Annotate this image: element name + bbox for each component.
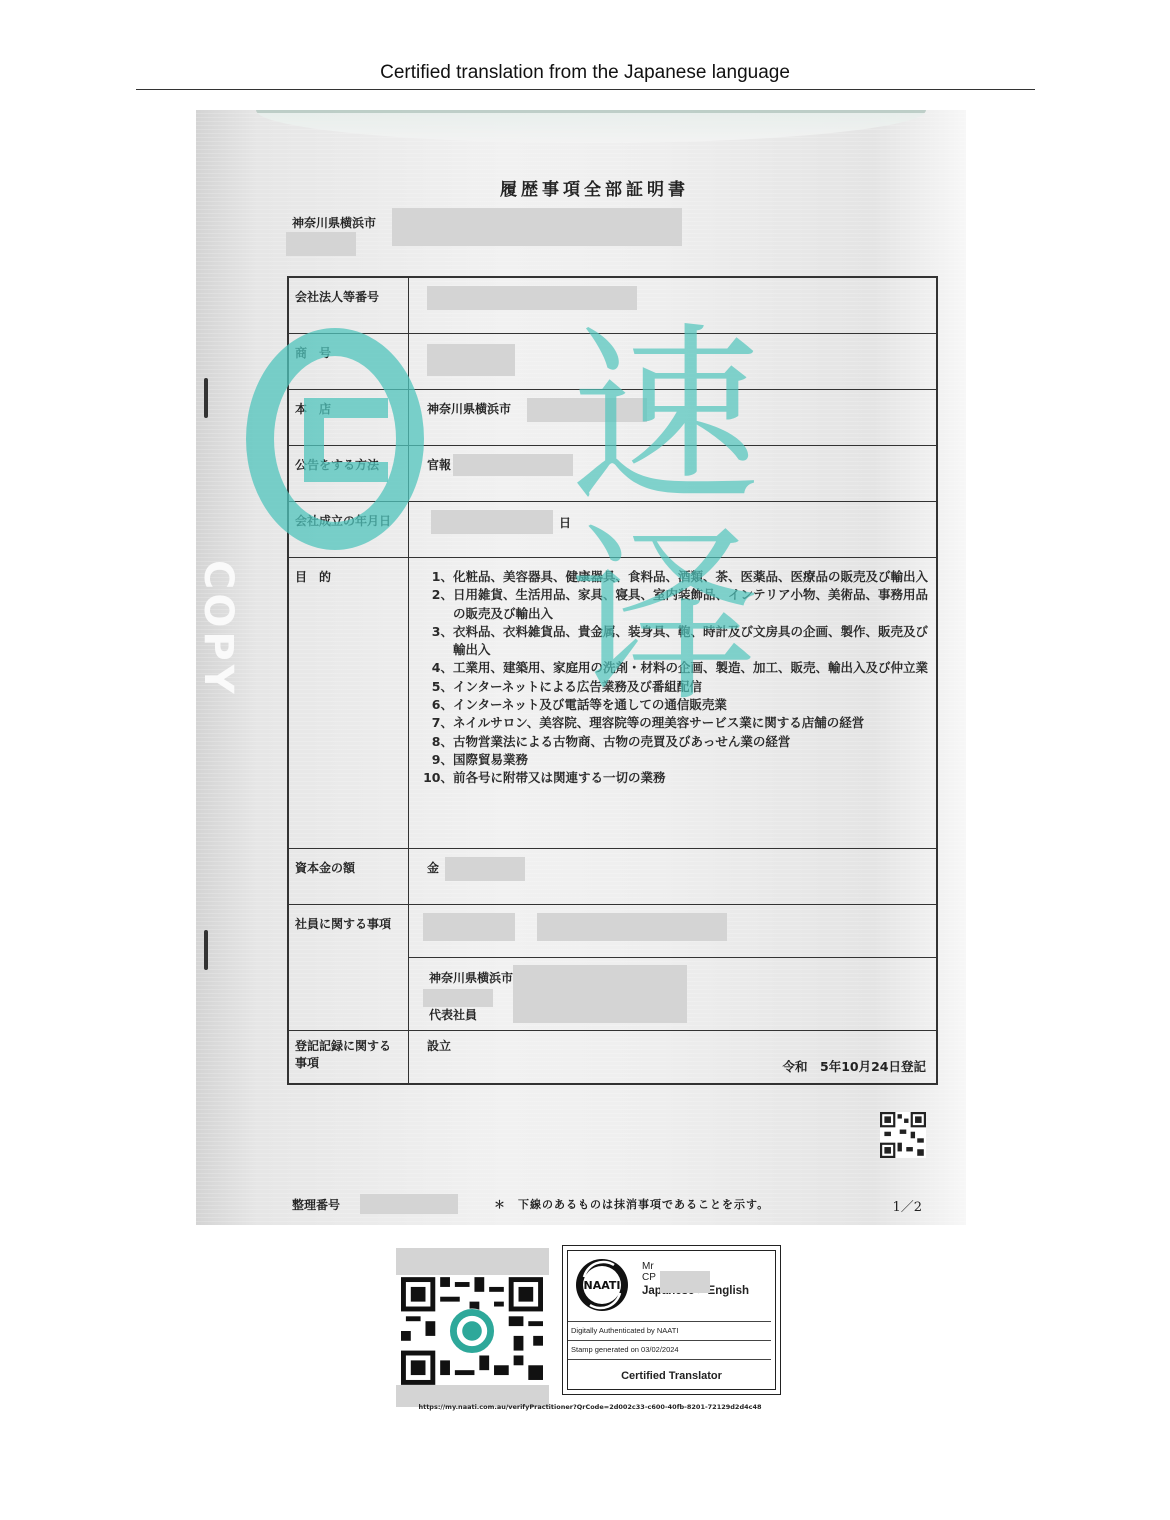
purpose-number: 1、 <box>413 568 453 586</box>
row-corporate-number: 会社法人等番号 <box>289 278 936 333</box>
document-title: 履歴事項全部証明書 <box>500 175 689 200</box>
purpose-item: 3、衣料品、衣料雑貨品、貴金属、装身具、鞄、時計及び文房具の企画、製作、販売及び… <box>409 623 928 660</box>
purpose-text: 工業用、建築用、家庭用の洗剤・材料の企画、製造、加工、販売、輸出入及び仲立業 <box>453 660 928 675</box>
registered-date: 令和 5年10月24日登記 <box>783 1057 927 1075</box>
purpose-number: 3、 <box>413 623 453 641</box>
redaction <box>392 208 682 246</box>
member-address: 神奈川県横浜市 <box>429 969 513 986</box>
redaction <box>360 1194 458 1214</box>
established-date-suffix: 日 <box>559 514 571 531</box>
copy-stamp: COPY <box>198 560 242 698</box>
reference-number-label: 整理番号 <box>292 1198 340 1212</box>
purpose-text: ネイルサロン、美容院、理容院等の理美容サービス業に関する店舗の経営 <box>453 715 864 730</box>
purpose-text: 国際貿易業務 <box>453 752 528 767</box>
translation-header: Certified translation from the Japanese … <box>0 62 1170 84</box>
purpose-number: 9、 <box>413 751 453 769</box>
redaction <box>453 454 573 476</box>
certificate-footer: 整理番号 ＊ 下線のあるものは抹消事項であることを示す。 1／2 <box>292 1196 922 1213</box>
guilloche-border <box>256 110 926 143</box>
purpose-text: 古物営業法による古物商、古物の売買及びあっせん業の経営 <box>453 734 790 749</box>
authentication-text: Digitally Authenticated by NAATI <box>571 1326 678 1335</box>
purpose-item: 7、ネイルサロン、美容院、理容院等の理美容サービス業に関する店舗の経営 <box>409 714 928 732</box>
row-label: 商 号 <box>289 334 409 389</box>
redaction <box>427 344 515 376</box>
header-divider <box>136 89 1035 90</box>
purpose-item: 1、化粧品、美容器具、健康器具、食料品、酒類、茶、医薬品、医療品の販売及び輸出入 <box>409 568 928 586</box>
naati-logo-icon: NAATI <box>574 1257 630 1313</box>
company-address-prefix: 神奈川県横浜市 <box>292 214 376 231</box>
qr-code-icon <box>880 1112 926 1158</box>
purpose-item: 9、国際貿易業務 <box>409 751 928 769</box>
redaction <box>513 965 687 1023</box>
head-office-value: 神奈川県横浜市 <box>427 402 511 416</box>
purpose-number: 6、 <box>413 696 453 714</box>
punch-hole-mark <box>204 378 208 418</box>
redaction <box>396 1248 549 1275</box>
page-number: 1／2 <box>892 1196 922 1215</box>
redaction <box>427 286 637 310</box>
redaction <box>423 913 515 941</box>
row-registration-record: 登記記録に関する事項 設立 令和 5年10月24日登記 <box>289 1030 936 1083</box>
purpose-text: 前各号に附帯又は関連する一切の業務 <box>453 770 666 785</box>
row-capital: 資本金の額 金 <box>289 848 936 904</box>
stamp-date: Stamp generated on 03/02/2024 <box>571 1345 679 1354</box>
purpose-list: 1、化粧品、美容器具、健康器具、食料品、酒類、茶、医薬品、医療品の販売及び輸出入… <box>409 568 928 788</box>
row-members: 社員に関する事項 神奈川県横浜市 代表社員 <box>289 904 936 1030</box>
purpose-number: 7、 <box>413 714 453 732</box>
purpose-item: 8、古物営業法による古物商、古物の売買及びあっせん業の経営 <box>409 733 928 751</box>
row-public-notice: 公告をする方法 官報 <box>289 445 936 501</box>
row-label: 会社成立の年月日 <box>289 502 409 557</box>
purpose-number: 5、 <box>413 678 453 696</box>
capital-prefix: 金 <box>427 861 439 875</box>
registration-record-value: 設立 <box>427 1039 451 1053</box>
redaction <box>286 232 356 256</box>
redaction <box>445 857 525 881</box>
public-notice-value: 官報 <box>427 458 451 472</box>
purpose-text: 日用雑貨、生活用品、家具、寝具、室内装飾品、インテリア小物、美術品、事務用品の販… <box>453 587 928 620</box>
purpose-text: インターネットによる広告業務及び番組配信 <box>453 679 702 694</box>
purpose-text: 衣料品、衣料雑貨品、貴金属、装身具、鞄、時計及び文房具の企画、製作、販売及び輸出… <box>453 624 928 657</box>
redaction <box>660 1271 710 1293</box>
row-head-office: 本 店 神奈川県横浜市 <box>289 389 936 445</box>
row-trade-name: 商 号 <box>289 333 936 389</box>
redaction <box>537 913 727 941</box>
purpose-number: 8、 <box>413 733 453 751</box>
purpose-item: 2、日用雑貨、生活用品、家具、寝具、室内装飾品、インテリア小物、美術品、事務用品… <box>409 586 928 623</box>
verification-url[interactable]: https://my.naati.com.au/verifyPractition… <box>400 1403 780 1411</box>
purpose-number: 10、 <box>413 769 453 787</box>
purpose-number: 2、 <box>413 586 453 604</box>
row-purpose: 目 的 1、化粧品、美容器具、健康器具、食料品、酒類、茶、医薬品、医療品の販売及… <box>289 557 936 848</box>
purpose-text: インターネット及び電話等を通しての通信販売業 <box>453 697 727 712</box>
purpose-number: 4、 <box>413 659 453 677</box>
registry-table: 会社法人等番号 商 号 本 店 神奈川県横浜市 公告をする方法 官報 会社成立の… <box>287 276 938 1085</box>
certified-translator-label: Certified Translator <box>568 1370 775 1382</box>
row-label: 社員に関する事項 <box>289 905 409 1030</box>
purpose-text: 化粧品、美容器具、健康器具、食料品、酒類、茶、医薬品、医療品の販売及び輸出入 <box>453 569 928 584</box>
svg-text:NAATI: NAATI <box>584 1279 621 1292</box>
naati-stamp: NAATI Mr CP Japanese > English Digitally… <box>562 1245 781 1395</box>
purpose-item: 10、前各号に附帯又は関連する一切の業務 <box>409 769 928 787</box>
redaction <box>527 398 647 422</box>
strikeout-note: ＊ 下線のあるものは抹消事項であることを示す。 <box>494 1196 769 1212</box>
representative-label: 代表社員 <box>429 1006 477 1023</box>
row-label: 公告をする方法 <box>289 446 409 501</box>
row-label: 資本金の額 <box>289 849 409 904</box>
row-label: 登記記録に関する事項 <box>289 1031 409 1083</box>
purpose-item: 4、工業用、建築用、家庭用の洗剤・材料の企画、製造、加工、販売、輸出入及び仲立業 <box>409 659 928 677</box>
punch-hole-mark <box>204 930 208 970</box>
purpose-item: 5、インターネットによる広告業務及び番組配信 <box>409 678 928 696</box>
redaction <box>431 510 553 534</box>
row-label: 目 的 <box>289 558 409 848</box>
row-label: 会社法人等番号 <box>289 278 409 333</box>
row-established-date: 会社成立の年月日 日 <box>289 501 936 557</box>
verification-qr-code[interactable] <box>401 1276 543 1386</box>
purpose-item: 6、インターネット及び電話等を通しての通信販売業 <box>409 696 928 714</box>
row-label: 本 店 <box>289 390 409 445</box>
redaction <box>423 989 493 1007</box>
